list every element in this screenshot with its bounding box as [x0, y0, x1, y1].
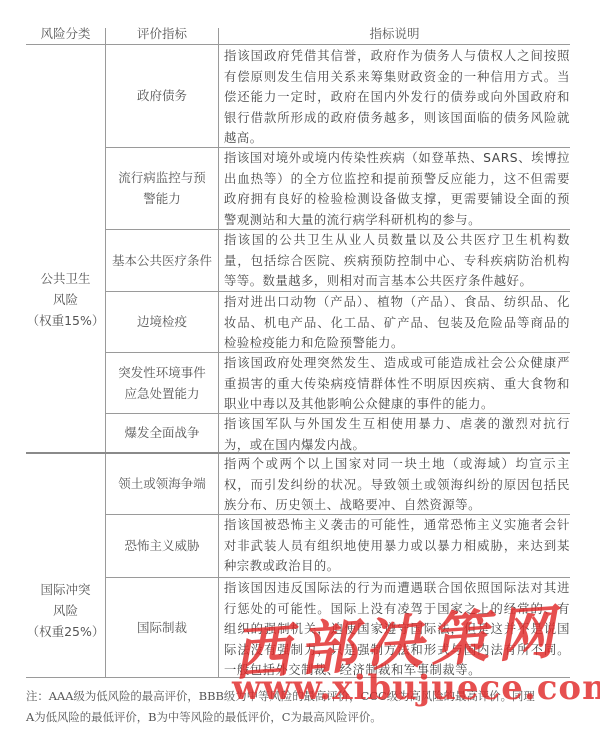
indicator-cell: 基本公共医疗条件 — [106, 229, 218, 291]
table-bottom-border — [26, 677, 570, 678]
header-indicator: 评价指标 — [106, 22, 218, 44]
description-cell: 指两个或两个以上国家对同一块土地（或海域）均宣示主权，而引发纠纷的状况。导致领土… — [224, 454, 570, 516]
indicator-cell: 国际制裁 — [106, 577, 218, 677]
indicator-cell: 爆发全面战争 — [106, 413, 218, 452]
indicator-cell: 恐怖主义威胁 — [106, 514, 218, 577]
category-label: 风险 — [53, 289, 78, 310]
description-cell: 指该国政府处理突然发生、造成或可能造成社会公众健康严重损害的重大传染病疫情群体性… — [224, 353, 570, 415]
indicator-cell: 边境检疫 — [106, 291, 218, 352]
description-cell: 指该国的公共卫生从业人员数量以及公共医疗卫生机构数量，包括综合医院、疾病预防控制… — [224, 230, 570, 292]
indicator-cell: 突发性环境事件应急处置能力 — [106, 352, 218, 413]
category-label: 风险 — [53, 600, 78, 621]
description-cell: 指该国因违反国际法的行为而遭遇联合国依照国际法对其进行惩处的可能性。国际上没有凌… — [224, 578, 570, 681]
category-label: 国际冲突 — [40, 579, 90, 600]
description-cell: 指该国政府凭借其信誉，政府作为债务人与债权人之间按照有偿原则发生信用关系来筹集财… — [224, 46, 570, 149]
note-line-1: 注：AAA级为低风险的最高评价，BBB级为中等风险的最高评价，CCC级为高风险的… — [26, 686, 586, 707]
table-note: 注：AAA级为低风险的最高评价，BBB级为中等风险的最高评价，CCC级为高风险的… — [26, 686, 586, 728]
description-cell: 指该国对境外或境内传染性疾病（如登革热、SARS、埃博拉出血热等）的全方位监控和… — [224, 148, 570, 230]
header-risk-category: 风险分类 — [26, 22, 105, 44]
indicator-cell: 领土或领海争端 — [106, 453, 218, 514]
indicator-cell: 流行病监控与预警能力 — [106, 147, 218, 229]
description-cell: 指对进出口动物（产品）、植物（产品）、食品、纺织品、化妆品、机电产品、化工品、矿… — [224, 292, 570, 354]
category-weight: （权重25%） — [27, 621, 105, 642]
description-cell: 指该国被恐怖主义袭击的可能性，通常恐怖主义实施者会针对非武装人员有组织地使用暴力… — [224, 515, 570, 577]
category-cell-public-health: 公共卫生 风险 （权重15%） — [26, 147, 105, 452]
category-cell-international-conflict: 国际冲突 风险 （权重25%） — [26, 453, 105, 677]
category-weight: （权重15%） — [27, 310, 105, 331]
description-cell: 指该国军队与外国发生互相使用暴力、虐袭的激烈对抗行为，或在国内爆发内战。 — [224, 414, 570, 455]
category-label: 公共卫生 — [40, 268, 90, 289]
note-line-2: A为低风险的最低评价，B为中等风险的最低评价，C为最高风险评价。 — [26, 707, 586, 728]
header-description: 指标说明 — [219, 22, 570, 44]
indicator-cell: 政府债务 — [106, 44, 218, 147]
